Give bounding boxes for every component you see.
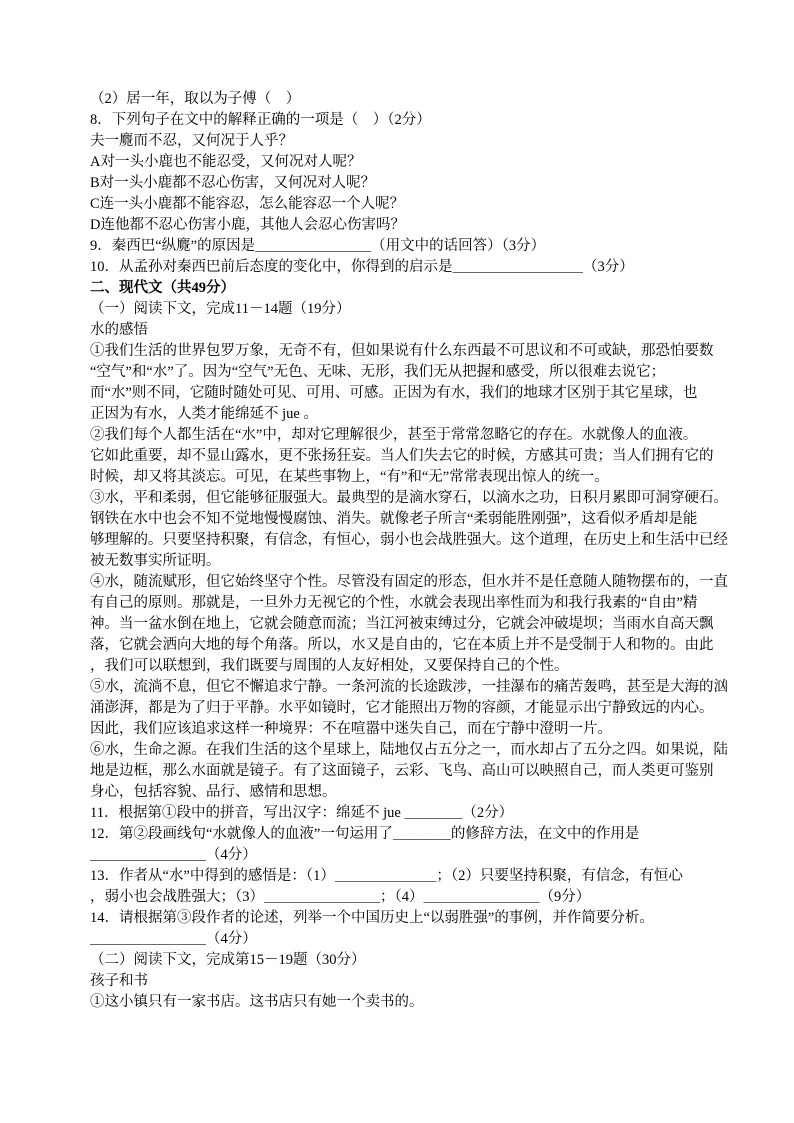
document-lines: （2）居一年，取以为子傅（ ）8．下列句子在文中的解释正确的一项是（ ）（2分）… <box>90 89 730 1013</box>
text-line: （2）居一年，取以为子傅（ ） <box>90 89 730 110</box>
text-line: ＿＿＿＿＿＿＿＿（4分） <box>90 845 730 866</box>
text-line: （一）阅读下文，完成11－14题（19分） <box>90 299 730 320</box>
text-line: 落，它就会洒向大地的每个角落。所以，水又是自由的，它在本质上并不是受制于人和物的… <box>90 635 730 656</box>
text-line: （二）阅读下文，完成第15－19题（30分） <box>90 950 730 971</box>
text-line: 神。当一盆水倒在地上，它就会随意而流；当江河被束缚过分，它就会冲破堤坝；当雨水自… <box>90 614 730 635</box>
text-line: 而“水”则不同，它随时随处可见、可用、可感。正因为有水，我们的地球才区别于其它星… <box>90 383 730 404</box>
text-line: 12．第②段画线句“水就像人的血液”一句运用了＿＿＿＿的修辞方法，在文中的作用是 <box>90 824 730 845</box>
text-line: 9．秦西巴“纵麑”的原因是＿＿＿＿＿＿＿＿（用文中的话回答）（3分） <box>90 236 730 257</box>
text-line: ＿＿＿＿＿＿＿＿（4分） <box>90 929 730 950</box>
section-heading-line: 二、现代文（共49分） <box>90 278 730 299</box>
text-line: ③水，平和柔弱，但它能够征服强大。最典型的是滴水穿石，以滴水之功，日积月累即可洞… <box>90 488 730 509</box>
text-line: D连他都不忍心伤害小鹿，其他人会忍心伤害吗？ <box>90 215 730 236</box>
text-line: 够理解的。只要坚持积聚，有信念，有恒心，弱小也会战胜强大。这个道理，在历史上和生… <box>90 530 730 551</box>
text-line: 地是边框，那么水面就是镜子。有了这面镜子，云彩、飞鸟、高山可以映照自己，而人类更… <box>90 761 730 782</box>
text-line: 10．从孟孙对秦西巴前后态度的变化中，你得到的启示是＿＿＿＿＿＿＿＿＿（3分） <box>90 257 730 278</box>
text-line: B对一头小鹿都不忍心伤害，又何况对人呢？ <box>90 173 730 194</box>
text-line: 钢铁在水中也会不知不觉地慢慢腐蚀、消失。就像老子所言“柔弱能胜刚强”，这看似矛盾… <box>90 509 730 530</box>
text-line: 身心，包括容貌、品行、感情和思想。 <box>90 782 730 803</box>
text-line: ，弱小也会战胜强大；（3）＿＿＿＿＿＿＿＿；（4）＿＿＿＿＿＿＿＿（9分） <box>90 887 730 908</box>
text-line: 夫一麑而不忍，又何况于人乎？ <box>90 131 730 152</box>
text-line: ①我们生活的世界包罗万象，无奇不有，但如果说有什么东西最不可思议和不可或缺，那恐… <box>90 341 730 362</box>
text-line: ⑥水，生命之源。在我们生活的这个星球上，陆地仅占五分之一，而水却占了五分之四。如… <box>90 740 730 761</box>
text-line: ④水，随流赋形，但它始终坚守个性。尽管没有固定的形态，但水并不是任意随人随物摆布… <box>90 572 730 593</box>
text-line: C连一头小鹿都不能容忍，怎么能容忍一个人呢？ <box>90 194 730 215</box>
text-line: 被无数事实所证明。 <box>90 551 730 572</box>
exam-page: （2）居一年，取以为子傅（ ）8．下列句子在文中的解释正确的一项是（ ）（2分）… <box>90 89 730 1013</box>
text-line: ①这小镇只有一家书店。这书店只有她一个卖书的。 <box>90 992 730 1013</box>
text-line: ⑤水，流淌不息，但它不懈追求宁静。一条河流的长途跋涉，一挂瀑布的痛苦轰鸣，甚至是… <box>90 677 730 698</box>
text-line: 因此，我们应该追求这样一种境界：不在喧嚣中迷失自己，而在宁静中澄明一片。 <box>90 719 730 740</box>
text-line: 14．请根据第③段作者的论述，列举一个中国历史上“以弱胜强”的事例，并作简要分析… <box>90 908 730 929</box>
text-line: 11．根据第①段中的拼音，写出汉字：绵延不 jue ＿＿＿＿（2分） <box>90 803 730 824</box>
text-line: 涌澎湃，都是为了归于平静。水平如镜时，它才能照出万物的容颜，才能显示出宁静致远的… <box>90 698 730 719</box>
text-line: 它如此重要，却不显山露水，更不张扬狂妄。当人们失去它的时候，方感其可贵；当人们拥… <box>90 446 730 467</box>
text-line: ②我们每个人都生活在“水”中，却对它理解很少，甚至于常常忽略它的存在。水就像人的… <box>90 425 730 446</box>
text-line: 孩子和书 <box>90 971 730 992</box>
text-line: 时候，却又将其淡忘。可见，在某些事物上，“有”和“无”常常表现出惊人的统一。 <box>90 467 730 488</box>
text-line: 8．下列句子在文中的解释正确的一项是（ ）（2分） <box>90 110 730 131</box>
text-line: 水的感悟 <box>90 320 730 341</box>
text-line: 有自己的原则。那就是，一旦外力无视它的个性，水就会表现出率性而为和我行我素的“自… <box>90 593 730 614</box>
text-line: A对一头小鹿也不能忍受，又何况对人呢？ <box>90 152 730 173</box>
text-line: ，我们可以联想到，我们既要与周围的人友好相处，又要保持自己的个性。 <box>90 656 730 677</box>
text-line: 正因为有水，人类才能绵延不 jue 。 <box>90 404 730 425</box>
text-line: “空气”和“水”了。因为“空气”无色、无味、无形，我们无从把握和感受，所以很难去… <box>90 362 730 383</box>
text-line: 13．作者从“水”中得到的感悟是：（1）＿＿＿＿＿＿＿；（2）只要坚持积聚，有信… <box>90 866 730 887</box>
